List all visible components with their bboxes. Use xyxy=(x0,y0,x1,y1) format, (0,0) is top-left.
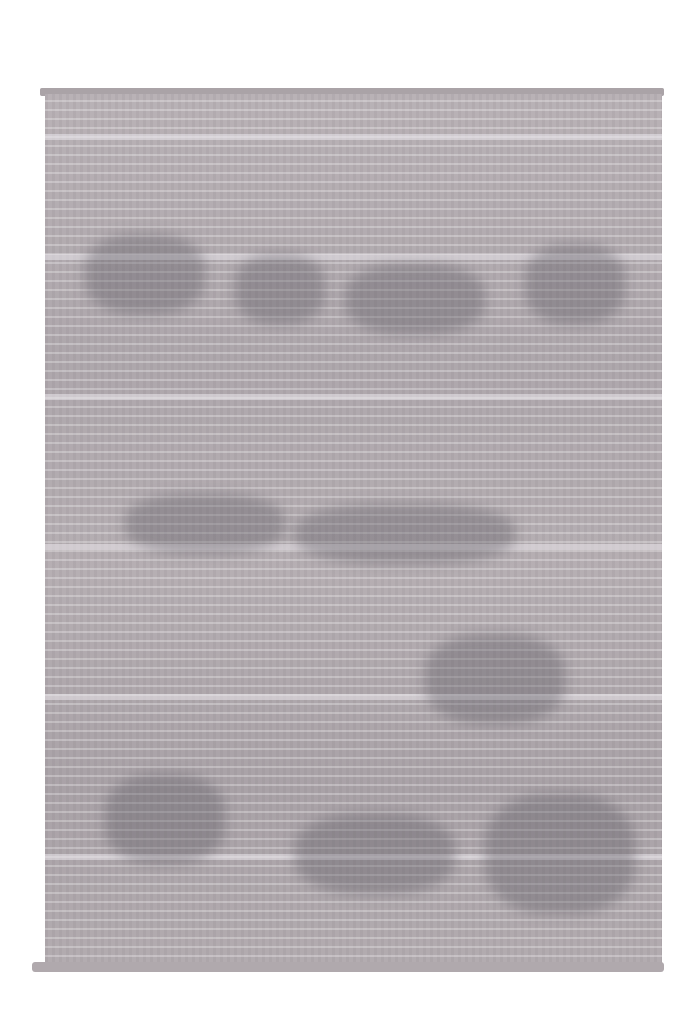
distress-mark xyxy=(525,244,625,324)
distress-mark xyxy=(425,634,565,724)
rug-fringe-bottom xyxy=(32,962,664,972)
distress-mark xyxy=(125,494,285,554)
pattern-band xyxy=(45,694,662,700)
pattern-band xyxy=(45,394,662,400)
distress-mark xyxy=(295,814,455,894)
pattern-band xyxy=(45,134,662,140)
distress-mark xyxy=(85,234,205,314)
rug xyxy=(45,94,662,966)
distress-mark xyxy=(295,504,515,564)
distress-mark xyxy=(345,264,485,334)
distress-mark xyxy=(485,794,635,914)
distress-mark xyxy=(105,774,225,864)
distress-mark xyxy=(235,254,325,324)
